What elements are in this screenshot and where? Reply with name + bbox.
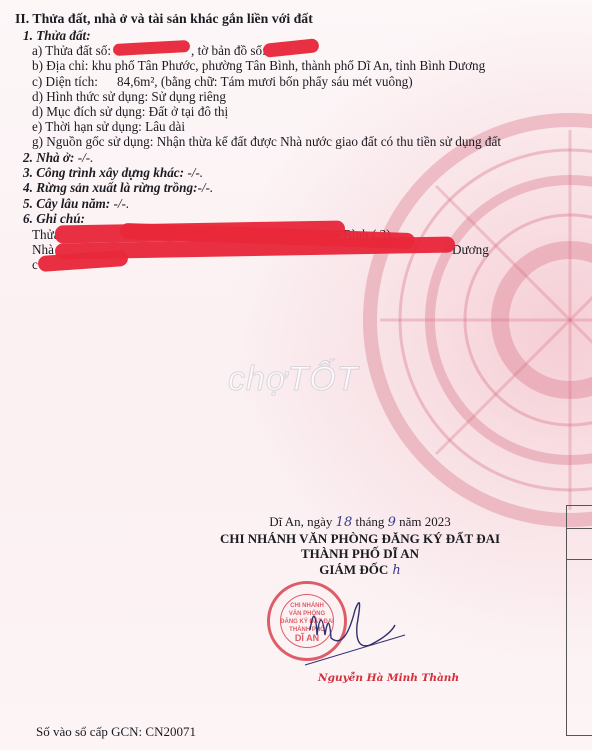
construction-label: 3. Công trình xây dựng khác: — [23, 165, 184, 180]
map-sheet-label: , tờ bản đồ số: — [191, 43, 266, 59]
month-handwritten: 9 — [388, 515, 396, 530]
handwritten-signature — [295, 590, 425, 680]
chotot-watermark: chợTỐT — [228, 360, 358, 399]
usage-term-line: e) Thời hạn sử dụng: Lâu dài — [32, 119, 185, 135]
construction-value: -/-. — [184, 165, 203, 180]
parcel-number-label: a) Thửa đất số: — [32, 43, 111, 59]
office-name-line1: CHI NHÁNH VĂN PHÒNG ĐĂNG KÝ ĐẤT ĐAI — [190, 531, 530, 547]
address-line: b) Địa chỉ: khu phố Tân Phước, phường Tâ… — [32, 58, 485, 74]
director-title: GIÁM ĐỐC h — [190, 562, 530, 579]
area-value: 84,6m², (bằng chữ: Tám mươi bốn phẩy sáu… — [117, 74, 413, 90]
signer-name: Nguyễn Hà Minh Thành — [318, 672, 459, 684]
issue-date: Dĩ An, ngày 18 tháng 9 năm 2023 — [230, 514, 490, 530]
national-emblem-watermark — [360, 110, 592, 530]
usage-origin-line: g) Nguồn gốc sử dụng: Nhận thừa kế đất đ… — [32, 134, 501, 150]
area-label: c) Diện tích: — [32, 74, 98, 90]
house-label: 2. Nhà ở: — [23, 150, 74, 165]
notes-line3-start: c — [32, 257, 38, 273]
land-heading: 1. Thửa đất: — [23, 28, 91, 44]
director-title-text: GIÁM ĐỐC — [319, 562, 388, 577]
construction-item: 3. Công trình xây dựng khác: -/-. — [23, 165, 203, 181]
office-name-line2: THÀNH PHỐ DĨ AN — [190, 546, 530, 562]
margin-box — [566, 505, 592, 736]
usage-purpose-line: d) Mục đích sử dụng: Đất ở tại đô thị — [32, 104, 228, 120]
usage-form-line: d) Hình thức sử dụng: Sử dụng riêng — [32, 89, 226, 105]
register-number: Số vào sổ cấp GCN: CN20071 — [36, 724, 196, 740]
year-label: năm 2023 — [399, 514, 451, 529]
section-title: II. Thửa đất, nhà ở và tài sản khác gắn … — [15, 11, 313, 27]
perennial-item: 5. Cây lâu năm: -/-. — [23, 196, 129, 212]
forest-value: -/-. — [197, 180, 213, 195]
perennial-value: -/-. — [110, 196, 129, 211]
forest-label: 4. Rừng sản xuất là rừng trồng: — [23, 180, 197, 195]
house-item: 2. Nhà ở: -/-. — [23, 150, 93, 166]
notes-line2-end: Dương — [452, 242, 489, 258]
month-label: tháng — [355, 514, 384, 529]
forest-item: 4. Rừng sản xuất là rừng trồng:-/-. — [23, 180, 213, 196]
day-handwritten: 18 — [336, 515, 353, 530]
date-prefix: Dĩ An, ngày — [269, 514, 332, 529]
perennial-label: 5. Cây lâu năm: — [23, 196, 110, 211]
house-value: -/-. — [74, 150, 93, 165]
